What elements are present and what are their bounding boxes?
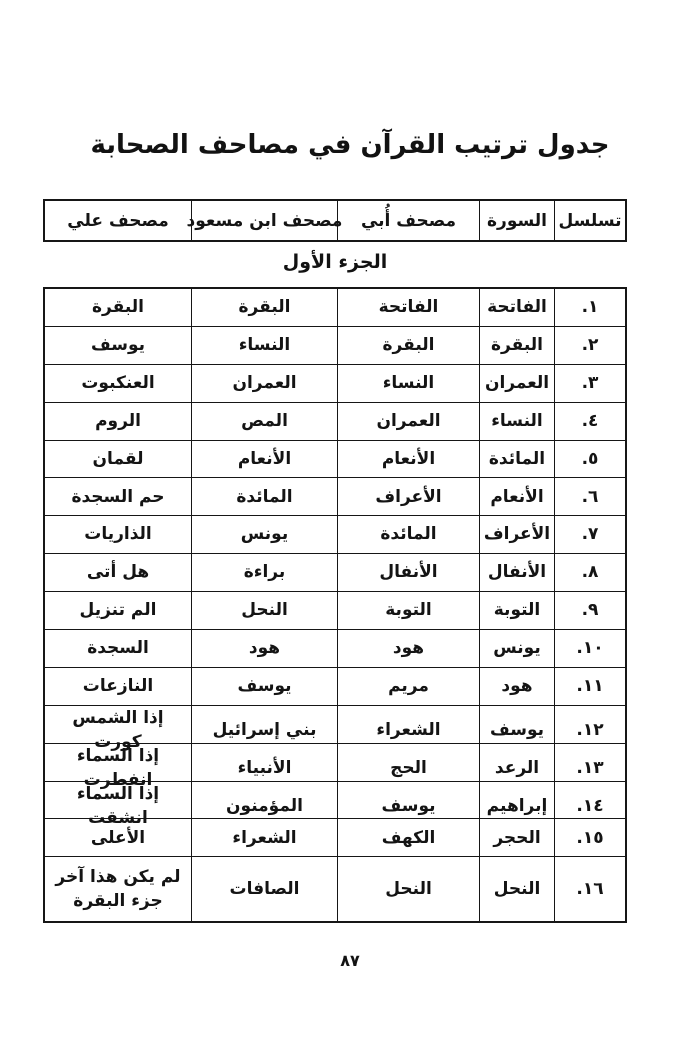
cell-surah: الحجر	[479, 819, 554, 856]
cell-seq: ٨.	[554, 554, 625, 591]
table-row: ٧.الأعرافالمائدةيونسالذاريات	[45, 516, 625, 554]
cell-ubayy: المائدة	[337, 516, 479, 553]
scanned-book-page: جدول ترتيب القرآن في مصاحف الصحابة تسلسل…	[0, 0, 700, 1040]
cell-ali: الروم	[45, 403, 191, 440]
cell-ibn_masud: الأنعام	[191, 441, 337, 478]
cell-seq: ٢.	[554, 327, 625, 364]
cell-surah: يونس	[479, 630, 554, 667]
cell-ubayy: النساء	[337, 365, 479, 402]
cell-ali: يوسف	[45, 327, 191, 364]
cell-seq: ١١.	[554, 668, 625, 705]
cell-ubayy: الكهف	[337, 819, 479, 856]
page-number: ٨٧	[0, 951, 700, 970]
surah-order-table: ١.الفاتحةالفاتحةالبقرةالبقرة٢.البقرةالبق…	[43, 287, 627, 923]
cell-ibn_masud: المص	[191, 403, 337, 440]
cell-ibn_masud: النحل	[191, 592, 337, 629]
cell-surah: الفاتحة	[479, 289, 554, 326]
table-row: ١٤.إبراهيميوسفالمؤمنونإذا السماء انشقت	[45, 782, 625, 820]
cell-seq: ١٥.	[554, 819, 625, 856]
cell-ibn_masud: يونس	[191, 516, 337, 553]
cell-ali: الأعلى	[45, 819, 191, 856]
cell-surah: الأنعام	[479, 478, 554, 515]
cell-surah: الأعراف	[479, 516, 554, 553]
table-row: ٩.التوبةالتوبةالنحلالم تنزيل	[45, 592, 625, 630]
cell-seq: ١٦.	[554, 857, 625, 921]
cell-ubayy: البقرة	[337, 327, 479, 364]
cell-ali: حم السجدة	[45, 478, 191, 515]
cell-ibn_masud: المائدة	[191, 478, 337, 515]
cell-seq: ٥.	[554, 441, 625, 478]
cell-ubayy: التوبة	[337, 592, 479, 629]
column-header-seq: تسلسل	[554, 201, 625, 240]
column-header-table: تسلسل السورة مصحف أُبي مصحف ابن مسعود مص…	[43, 199, 627, 242]
cell-surah: النساء	[479, 403, 554, 440]
table-row: ١.الفاتحةالفاتحةالبقرةالبقرة	[45, 289, 625, 327]
table-row: ٣.العمرانالنساءالعمرانالعنكبوت	[45, 365, 625, 403]
cell-ali: هل أتى	[45, 554, 191, 591]
cell-ibn_masud: براءة	[191, 554, 337, 591]
cell-ubayy: مريم	[337, 668, 479, 705]
cell-ubayy: الأنفال	[337, 554, 479, 591]
cell-seq: ٤.	[554, 403, 625, 440]
cell-seq: ٩.	[554, 592, 625, 629]
cell-seq: ١٠.	[554, 630, 625, 667]
cell-ibn_masud: الصافات	[191, 857, 337, 921]
cell-surah: العمران	[479, 365, 554, 402]
column-header-ali: مصحف علي	[45, 201, 191, 240]
cell-ali: العنكبوت	[45, 365, 191, 402]
section-heading: الجزء الأول	[43, 251, 627, 273]
column-header-ubayy: مصحف أُبي	[337, 201, 479, 240]
cell-ali: لقمان	[45, 441, 191, 478]
cell-ali: السجدة	[45, 630, 191, 667]
cell-ibn_masud: النساء	[191, 327, 337, 364]
cell-surah: الأنفال	[479, 554, 554, 591]
table-row: ١٦.النحلالنحلالصافاتلم يكن هذا آخر جزء ا…	[45, 857, 625, 921]
cell-surah: التوبة	[479, 592, 554, 629]
cell-surah: البقرة	[479, 327, 554, 364]
cell-ubayy: النحل	[337, 857, 479, 921]
cell-seq: ١.	[554, 289, 625, 326]
cell-ali: البقرة	[45, 289, 191, 326]
cell-ubayy: العمران	[337, 403, 479, 440]
table-row: ٤.النساءالعمرانالمصالروم	[45, 403, 625, 441]
cell-ubayy: الأنعام	[337, 441, 479, 478]
table-row: ٦.الأنعامالأعرافالمائدةحم السجدة	[45, 478, 625, 516]
table-row: ١١.هودمريميوسفالنازعات	[45, 668, 625, 706]
cell-surah: هود	[479, 668, 554, 705]
cell-ubayy: الفاتحة	[337, 289, 479, 326]
cell-ibn_masud: هود	[191, 630, 337, 667]
table-row: ٨.الأنفالالأنفالبراءةهل أتى	[45, 554, 625, 592]
cell-ibn_masud: يوسف	[191, 668, 337, 705]
table-row: ١٠.يونسهودهودالسجدة	[45, 630, 625, 668]
cell-ibn_masud: العمران	[191, 365, 337, 402]
cell-seq: ٦.	[554, 478, 625, 515]
cell-ali: الم تنزيل	[45, 592, 191, 629]
cell-ali: النازعات	[45, 668, 191, 705]
cell-ibn_masud: الشعراء	[191, 819, 337, 856]
cell-ubayy: الأعراف	[337, 478, 479, 515]
cell-ali: لم يكن هذا آخر جزء البقرة	[45, 857, 191, 921]
column-header-surah: السورة	[479, 201, 554, 240]
cell-seq: ٣.	[554, 365, 625, 402]
page-title: جدول ترتيب القرآن في مصاحف الصحابة	[0, 130, 700, 160]
cell-ibn_masud: البقرة	[191, 289, 337, 326]
cell-surah: المائدة	[479, 441, 554, 478]
cell-surah: النحل	[479, 857, 554, 921]
table-row: ١٥.الحجرالكهفالشعراءالأعلى	[45, 819, 625, 857]
cell-ubayy: هود	[337, 630, 479, 667]
column-header-ibn-masud: مصحف ابن مسعود	[191, 201, 337, 240]
table-row: ١٣.الرعدالحجالأنبياءإذا السماء انفطرت	[45, 744, 625, 782]
table-row: ٥.المائدةالأنعامالأنعاملقمان	[45, 441, 625, 479]
cell-ali: الذاريات	[45, 516, 191, 553]
table-row: ١٢.يوسفالشعراءبني إسرائيلإذا الشمس كورت	[45, 706, 625, 744]
table-row: ٢.البقرةالبقرةالنساءيوسف	[45, 327, 625, 365]
cell-seq: ٧.	[554, 516, 625, 553]
